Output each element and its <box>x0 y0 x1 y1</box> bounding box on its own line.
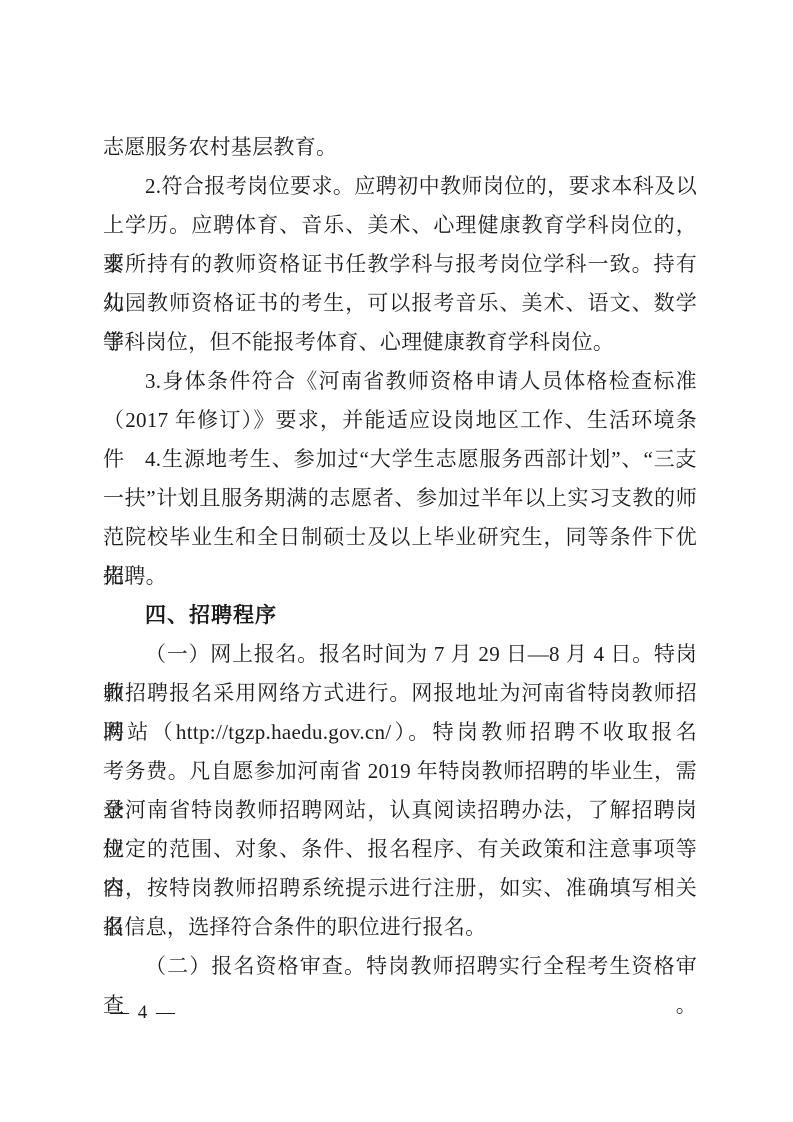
text-line: 考务费。凡自愿参加河南省 2019 年特岗教师招聘的毕业生，需登 <box>103 752 697 791</box>
text-line: 4.生源地考生、参加过“大学生志愿服务西部计划”、“三支 <box>103 440 697 479</box>
document-page: 志愿服务农村基层教育。 2.符合报考岗位要求。应聘初中教师岗位的，要求本科及以 … <box>0 0 793 1122</box>
text-line: 录河南省特岗教师招聘网站，认真阅读招聘办法，了解招聘岗位 <box>103 791 697 830</box>
text-line: 规定的范围、对象、条件、报名程序、有关政策和注意事项等内 <box>103 830 697 869</box>
text-line: 儿园教师资格证书的考生，可以报考音乐、美术、语文、数学等 <box>103 284 697 323</box>
section-heading: 四、招聘程序 <box>103 596 697 635</box>
text-line: 求所持有的教师资格证书任教学科与报考岗位学科一致。持有幼 <box>103 245 697 284</box>
text-line: 网站（http://tgzp.haedu.gov.cn/）。特岗教师招聘不收取报… <box>103 713 697 752</box>
text-line: 容，按特岗教师招聘系统提示进行注册，如实、准确填写相关报 <box>103 869 697 908</box>
text-line: 上学历。应聘体育、音乐、美术、心理健康教育学科岗位的，要 <box>103 206 697 245</box>
text-line: 2.符合报考岗位要求。应聘初中教师岗位的，要求本科及以 <box>103 167 697 206</box>
document-body: 志愿服务农村基层教育。 2.符合报考岗位要求。应聘初中教师岗位的，要求本科及以 … <box>103 128 697 986</box>
text-line: （一）网上报名。报名时间为 7 月 29 日—8 月 4 日。特岗教 <box>103 635 697 674</box>
text-line: 名信息，选择符合条件的职位进行报名。 <box>103 908 697 947</box>
text-line: 范院校毕业生和全日制硕士及以上毕业研究生，同等条件下优先 <box>103 518 697 557</box>
text-line: 学科岗位，但不能报考体育、心理健康教育学科岗位。 <box>103 323 697 362</box>
page-number: — 4 — <box>110 1002 177 1024</box>
text-line: （二）报名资格审查。特岗教师招聘实行全程考生资格审查。 <box>103 947 697 986</box>
text-line: （2017 年修订）》要求，并能适应设岗地区工作、生活环境条件。 <box>103 401 697 440</box>
text-line: 3.身体条件符合《河南省教师资格申请人员体格检查标准 <box>103 362 697 401</box>
text-line: 招聘。 <box>103 557 697 596</box>
text-line: 一扶”计划且服务期满的志愿者、参加过半年以上实习支教的师 <box>103 479 697 518</box>
text-line: 师招聘报名采用网络方式进行。网报地址为河南省特岗教师招聘 <box>103 674 697 713</box>
text-line: 志愿服务农村基层教育。 <box>103 128 697 167</box>
